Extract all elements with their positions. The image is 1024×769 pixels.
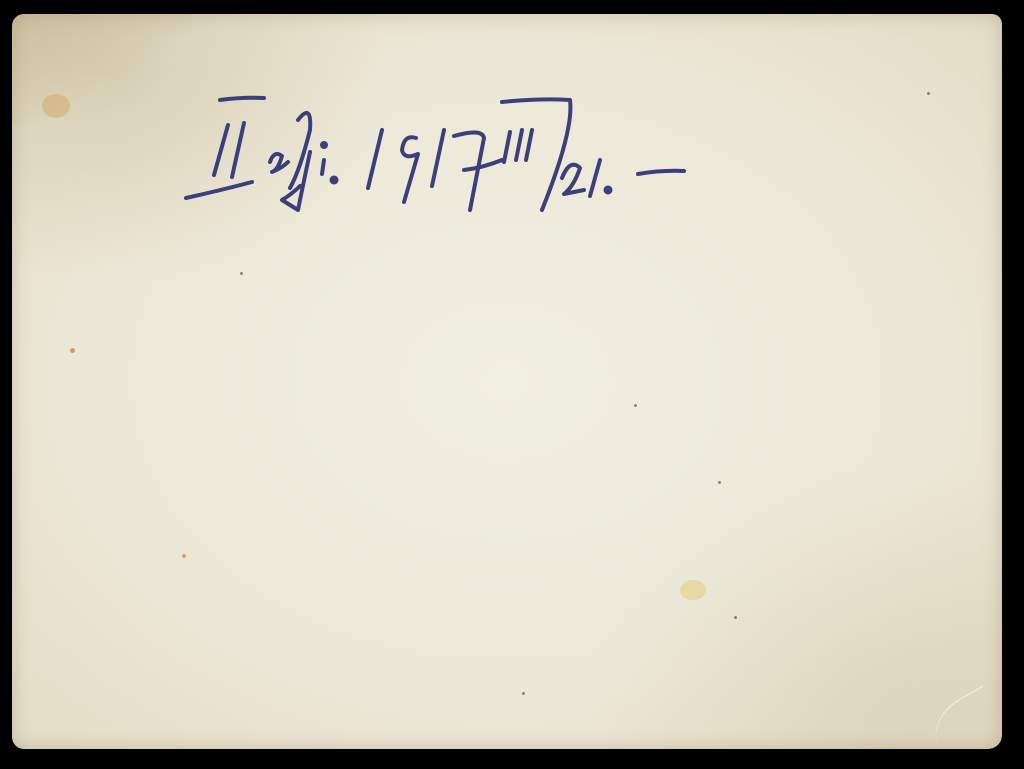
foxing-spot (182, 554, 186, 558)
foxing-stain (42, 94, 70, 118)
speck (718, 481, 721, 484)
speck (240, 272, 243, 275)
corner-crease (923, 685, 1012, 768)
photo-card-back: II zlj. 1917 III/21.— (12, 14, 1002, 749)
speck (734, 616, 737, 619)
speck (927, 92, 930, 95)
yellow-stain (680, 580, 706, 600)
aged-corner-shading (12, 14, 192, 124)
foxing-spot (70, 348, 75, 353)
speck (522, 692, 525, 695)
handwritten-inscription: II zlj. 1917 III/21.— (182, 90, 852, 230)
handwriting-strokes (182, 90, 852, 230)
speck (634, 404, 637, 407)
